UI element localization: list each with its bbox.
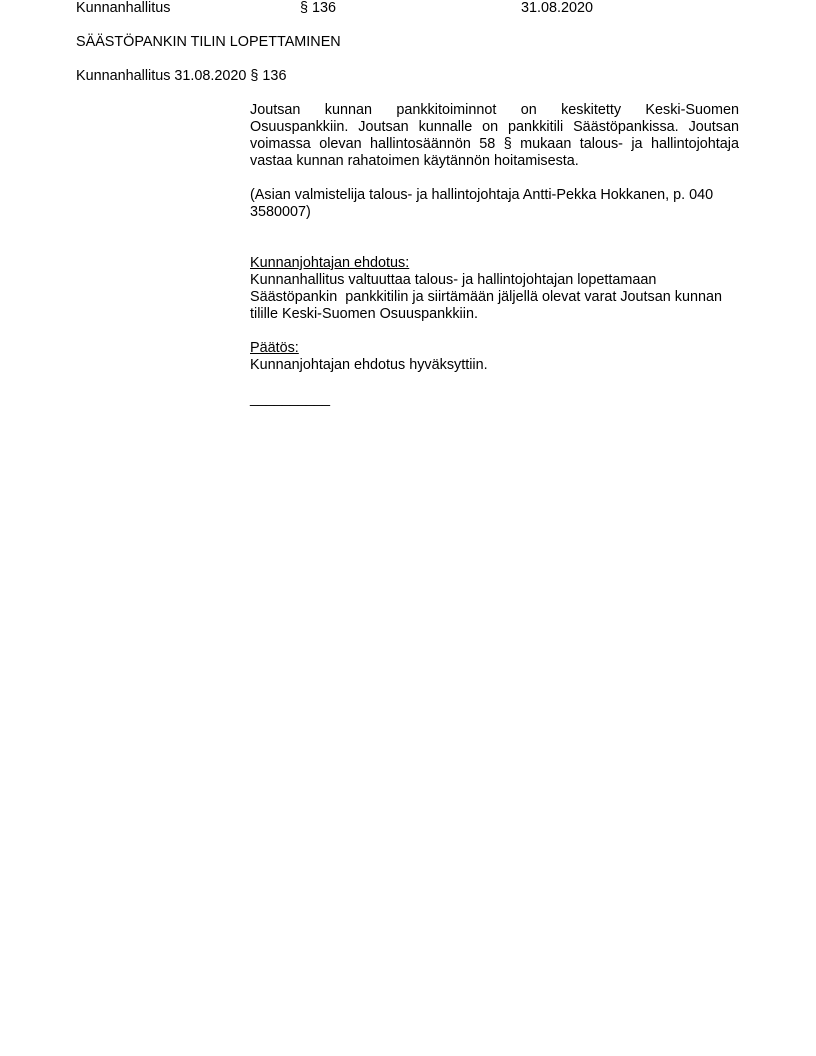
- proposal-line: tilille Keski-Suomen Osuuspankkiin.: [250, 306, 745, 323]
- decision-heading: Päätös:: [250, 340, 739, 357]
- end-divider-line: __________: [250, 391, 739, 408]
- header-body-name: Kunnanhallitus: [76, 0, 170, 17]
- proposal-line: Kunnanhallitus valtuuttaa talous- ja hal…: [250, 272, 745, 289]
- proposal-heading: Kunnanjohtajan ehdotus:: [250, 255, 739, 272]
- body-paragraph-preparer: (Asian valmistelija talous- ja hallintoj…: [250, 187, 739, 221]
- decision-text: Kunnanjohtajan ehdotus hyväksyttiin.: [250, 357, 739, 374]
- proposal-line: Säästöpankin pankkitilin ja siirtämään j…: [250, 289, 745, 306]
- header-section-number: § 136: [300, 0, 336, 17]
- header-date: 31.08.2020: [521, 0, 593, 17]
- document-title: SÄÄSTÖPANKIN TILIN LOPETTAMINEN: [76, 34, 341, 51]
- body-paragraph-background: Joutsan kunnan pankkitoiminnot on keskit…: [250, 102, 739, 170]
- proposal-text: Kunnanhallitus valtuuttaa talous- ja hal…: [250, 272, 745, 323]
- meeting-reference: Kunnanhallitus 31.08.2020 § 136: [76, 68, 286, 85]
